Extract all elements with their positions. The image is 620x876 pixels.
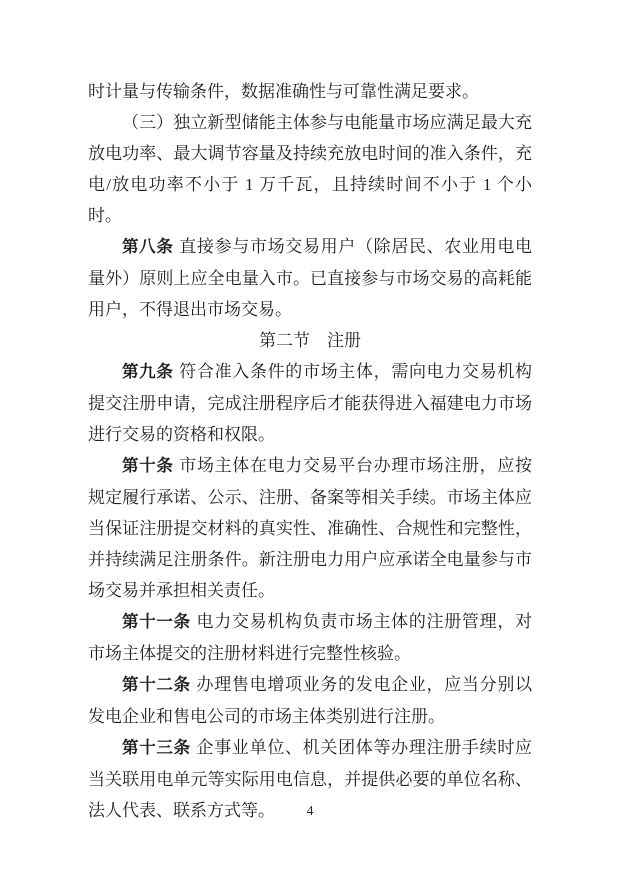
para-article-9: 第九条符合准入条件的市场主体，需向电力交易机构提交注册申请，完成注册程序后才能获… bbox=[88, 356, 532, 450]
para-article-11: 第十一条电力交易机构负责市场主体的注册管理，对市场主体提交的注册材料进行完整性核… bbox=[88, 606, 532, 669]
article-11-number: 第十一条 bbox=[122, 613, 191, 631]
section-2-heading: 第二节 注册 bbox=[88, 325, 532, 356]
article-8-number: 第八条 bbox=[122, 238, 174, 256]
para-article-10: 第十条市场主体在电力交易平台办理市场注册，应按规定履行承诺、公示、注册、备案等相… bbox=[88, 450, 532, 606]
article-12-number: 第十二条 bbox=[122, 676, 191, 694]
page-body: 时计量与传输条件，数据准确性与可靠性满足要求。 （三）独立新型储能主体参与电能量… bbox=[88, 76, 532, 826]
para-continuation: 时计量与传输条件，数据准确性与可靠性满足要求。 bbox=[88, 76, 532, 107]
para-article-8: 第八条直接参与市场交易用户（除居民、农业用电电量外）原则上应全电量入市。已直接参… bbox=[88, 231, 532, 325]
para-article-12: 第十二条办理售电增项业务的发电企业，应当分别以发电企业和售电公司的市场主体类别进… bbox=[88, 669, 532, 732]
para-list-item-3: （三）独立新型储能主体参与电能量市场应满足最大充放电功率、最大调节容量及持续充放… bbox=[88, 107, 532, 231]
article-10-number: 第十条 bbox=[122, 457, 174, 475]
article-9-number: 第九条 bbox=[122, 363, 174, 381]
article-13-number: 第十三条 bbox=[122, 739, 191, 757]
document-page: 时计量与传输条件，数据准确性与可靠性满足要求。 （三）独立新型储能主体参与电能量… bbox=[0, 0, 620, 876]
page-number: 4 bbox=[0, 802, 620, 822]
article-10-text: 市场主体在电力交易平台办理市场注册，应按规定履行承诺、公示、注册、备案等相关手续… bbox=[88, 456, 532, 600]
